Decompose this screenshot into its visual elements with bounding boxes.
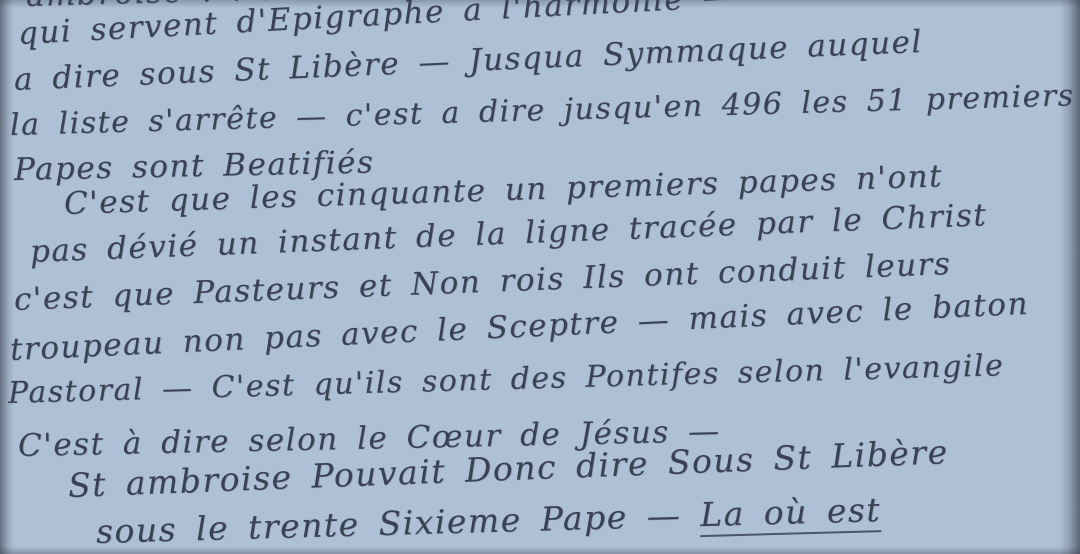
manuscript-line-fragment: sous le trente Sixieme Pape —	[95, 495, 700, 551]
underlined-phrase: La où est	[700, 490, 882, 537]
page-edge-left	[0, 0, 14, 554]
manuscript-page: ambroise . . . qui servent d'Epigraphe a…	[0, 0, 1080, 554]
